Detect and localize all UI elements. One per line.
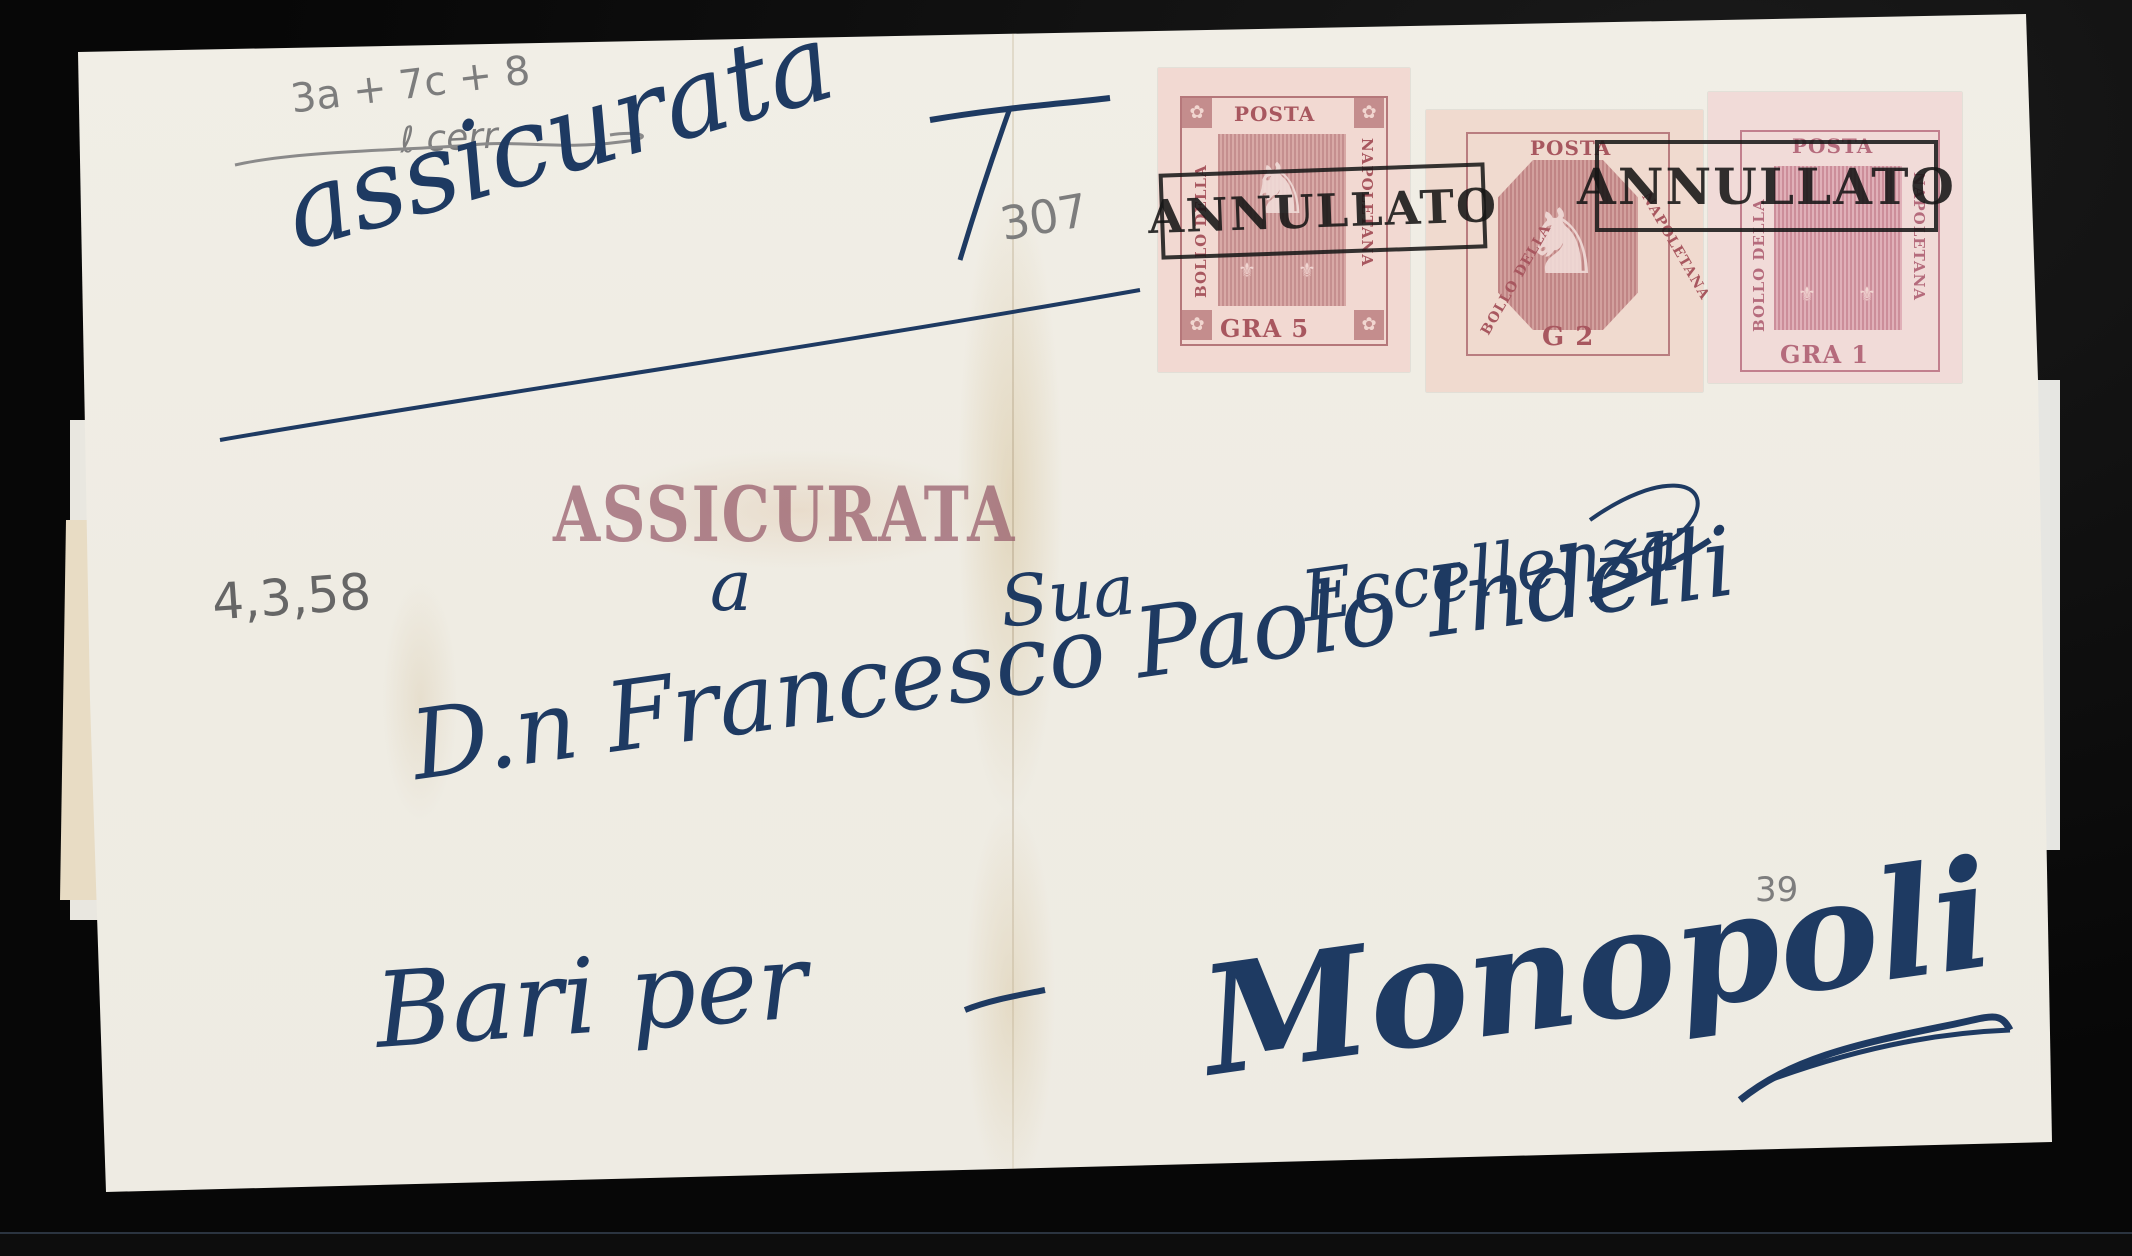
corner-ornament: ✿ — [1354, 98, 1384, 128]
fleur-de-lis: ⚜ — [1298, 258, 1316, 282]
fleur-de-lis: ⚜ — [1798, 282, 1816, 306]
stamp-1-grana: POSTA ⚜ ⚜ BOLLO DELLA NAPOLETANA GRA 1 — [1708, 92, 1962, 383]
stamp-top-text: POSTA — [1234, 102, 1315, 126]
annullato-cancel-right: ANNULLATO — [1595, 140, 1938, 232]
stamp-value: GRA 1 — [1780, 340, 1869, 369]
corner-ornament: ✿ — [1182, 310, 1212, 340]
stamp-value: GRA 5 — [1220, 314, 1309, 343]
address-word-a: a — [710, 545, 752, 627]
fleur-de-lis: ⚜ — [1858, 282, 1876, 306]
stamp-value: G 2 — [1542, 322, 1594, 352]
fleur-de-lis: ⚜ — [1238, 258, 1256, 282]
corner-ornament: ✿ — [1182, 98, 1212, 128]
corner-ornament: ✿ — [1354, 310, 1384, 340]
annullato-cancel-left: ANNULLATO — [1159, 162, 1488, 259]
